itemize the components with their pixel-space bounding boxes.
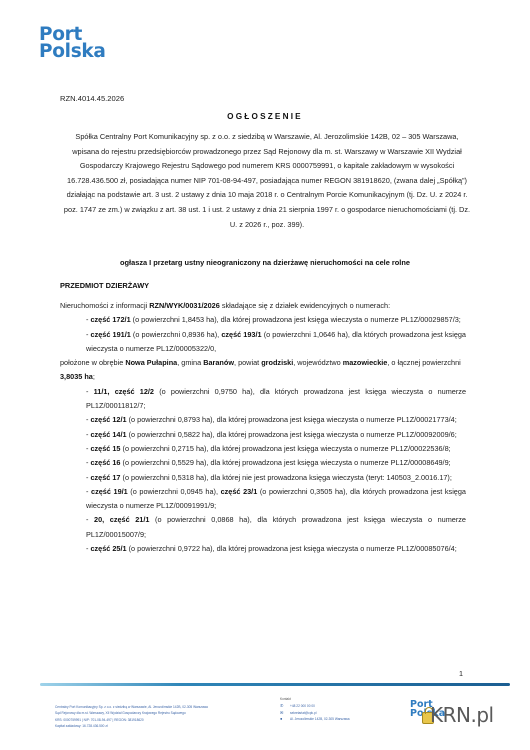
parcel-details: (o powierzchni 0,5822 ha), dla której pr… [127, 430, 457, 439]
parcel-item: - część 14/1 (o powierzchni 0,5822 ha), … [60, 428, 466, 442]
parcel-item: - część 16 (o powierzchni 0,5529 ha), dl… [60, 456, 466, 470]
contact-row: ✉sekretariat@cpk.pl [280, 710, 350, 717]
parcel-list-2: - 11/1, część 12/2 (o powierzchni 0,9750… [60, 385, 466, 557]
footer-divider [40, 683, 510, 686]
parcel-number: część 172/1 [90, 315, 130, 324]
bullet-dash: - [86, 387, 94, 396]
parcel-item: - 11/1, część 12/2 (o powierzchni 0,9750… [60, 385, 466, 414]
parcel-details: (o powierzchni 1,8453 ha), dla której pr… [131, 315, 461, 324]
document-reference: RZN.4014.45.2026 [60, 94, 124, 103]
powiat: grodziski [261, 358, 293, 367]
mail-icon: ✉ [280, 710, 285, 717]
text: , o łącznej powierzchni [387, 358, 460, 367]
contact-text: +48 22 000 00 00 [290, 704, 315, 708]
parcel-number: część 12/1 [90, 415, 126, 424]
port-polska-logo: Port Polska [39, 26, 106, 60]
parcel-number: część 14/1 [90, 430, 126, 439]
wojewodztwo: mazowieckie [343, 358, 388, 367]
parcel-item: - część 17 (o powierzchni 0,5318 ha), dl… [60, 471, 466, 485]
parcel-number: część 25/1 [90, 544, 126, 553]
parcel-item: - część 19/1 (o powierzchni 0,0945 ha), … [60, 485, 466, 514]
document-title: OGŁOSZENIE [0, 112, 530, 121]
contact-label: Kontakt [280, 696, 350, 703]
lead-suffix: składające się z działek ewidencyjnych o… [220, 301, 390, 310]
parcel-number: część 17 [90, 473, 120, 482]
parcel-details: (o powierzchni 0,8936 ha), [131, 330, 222, 339]
contact-row: ✆+48 22 000 00 00 [280, 703, 350, 710]
bullet-dash: - [86, 515, 94, 524]
footer-company-line: Kapitał zakładowy: 16.728.436.500 zł [55, 723, 215, 729]
parcel-details: (o powierzchni 0,2715 ha), dla której pr… [121, 444, 451, 453]
parcel-number: część 191/1 [91, 330, 131, 339]
parcel-number: 11/1, część 12/2 [94, 387, 154, 396]
total-area: 3,8035 ha [60, 372, 93, 381]
parcel-item: - część 25/1 (o powierzchni 0,9722 ha), … [60, 542, 466, 556]
logo-line-2: Polska [39, 43, 106, 60]
text: , gmina [177, 358, 203, 367]
text: , województwo [293, 358, 342, 367]
lead-prefix: Nieruchomości z informacji [60, 301, 149, 310]
parcel-item: - 20, część 21/1 (o powierzchni 0,0868 h… [60, 513, 466, 542]
announcement-line: ogłasza I przetarg ustny nieograniczony … [0, 258, 530, 267]
parcel-number: część 16 [90, 458, 120, 467]
document-body: Nieruchomości z informacji RZN/WYK/0031/… [60, 299, 466, 556]
section-heading: PRZEDMIOT DZIERŻAWY [60, 281, 149, 290]
footer-contact: Kontakt ✆+48 22 000 00 00✉sekretariat@cp… [280, 696, 350, 723]
page-number: 1 [459, 669, 463, 678]
parcel-number: 20, część 21/1 [94, 515, 149, 524]
parcel-item: - część 12/1 (o powierzchni 0,8793 ha), … [60, 413, 466, 427]
contact-text: sekretariat@cpk.pl [290, 711, 316, 715]
contact-row: ●Al. Jerozolimskie 142B, 02-305 Warszawa [280, 716, 350, 723]
footer-company-info: Centralny Port Komunikacyjny Sp. z o.o. … [55, 704, 215, 730]
parcel-item: - część 15 (o powierzchni 0,2715 ha), dl… [60, 442, 466, 456]
location-pin-icon: ● [280, 716, 285, 723]
intro-paragraph: Spółka Centralny Port Komunikacyjny sp. … [62, 130, 472, 232]
parcel-details: (o powierzchni 0,5318 ha), dla której ni… [121, 473, 452, 482]
text: , powiat [234, 358, 261, 367]
parcel-details: (o powierzchni 0,9722 ha), dla której pr… [127, 544, 457, 553]
parcel-number: część 193/1 [221, 330, 261, 339]
gmina: Baranów [203, 358, 234, 367]
text: położone w obrębie [60, 358, 125, 367]
parcel-details: (o powierzchni 0,0945 ha), [128, 487, 221, 496]
text: ; [93, 372, 95, 381]
watermark: KRN.pl [430, 703, 494, 727]
parcel-item: - część 172/1 (o powierzchni 1,8453 ha),… [60, 313, 466, 327]
parcel-details: (o powierzchni 0,8793 ha), dla której pr… [127, 415, 457, 424]
phone-icon: ✆ [280, 703, 285, 710]
contact-text: Al. Jerozolimskie 142B, 02-305 Warszawa [290, 717, 350, 721]
parcel-details: (o powierzchni 0,5529 ha), dla której pr… [121, 458, 451, 467]
lead-sentence: Nieruchomości z informacji RZN/WYK/0031/… [60, 299, 466, 313]
parcel-list-1: - część 172/1 (o powierzchni 1,8453 ha),… [60, 313, 466, 356]
location-sentence: położone w obrębie Nowa Pułapina, gmina … [60, 356, 466, 385]
lead-reference: RZN/WYK/0031/2026 [149, 301, 220, 310]
parcel-item: - część 191/1 (o powierzchni 0,8936 ha),… [60, 328, 466, 357]
parcel-number: część 23/1 [221, 487, 258, 496]
obreb: Nowa Pułapina [125, 358, 177, 367]
parcel-number: część 15 [90, 444, 120, 453]
parcel-number: część 19/1 [91, 487, 128, 496]
